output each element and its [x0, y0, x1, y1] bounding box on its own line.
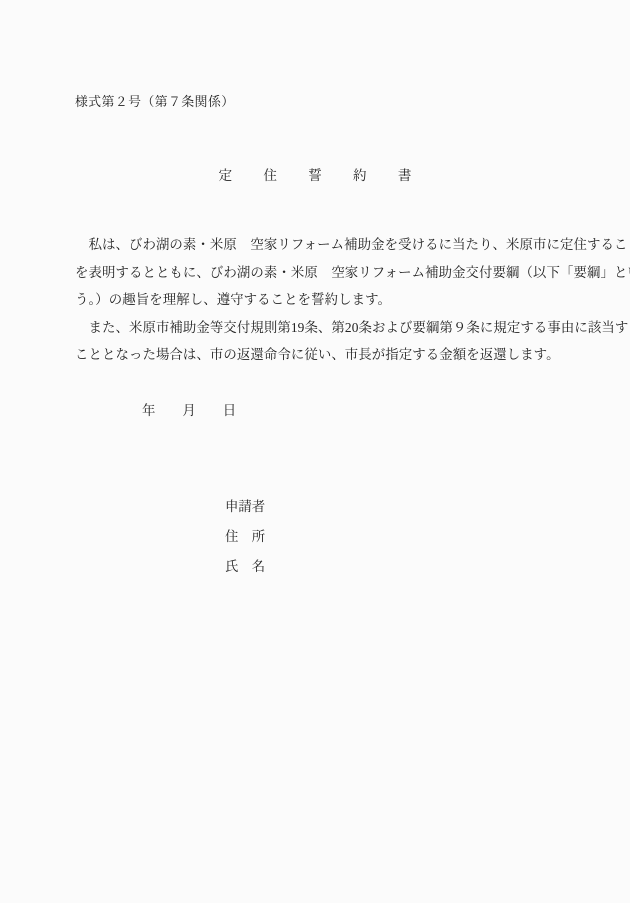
document-title: 定 住 誓 約 書	[0, 167, 630, 184]
month-label: 月	[182, 402, 195, 419]
document-page: 様式第２号（第７条関係） 定 住 誓 約 書 私は、びわ湖の素・米原 空家リフォ…	[0, 0, 630, 903]
body-line-1: 私は、びわ湖の素・米原 空家リフォーム補助金を受けるに当たり、米原市に定住するこ…	[75, 231, 559, 259]
applicant-label: 申請者	[225, 498, 265, 528]
year-label: 年	[142, 402, 155, 419]
body-text: 私は、びわ湖の素・米原 空家リフォーム補助金を受けるに当たり、米原市に定住するこ…	[75, 231, 559, 369]
day-label: 日	[223, 402, 236, 419]
body-line-5: こととなった場合は、市の返還命令に従い、市長が指定する金額を返還します。	[75, 341, 559, 369]
name-label: 氏 名	[225, 558, 265, 588]
date-line: 年 月 日	[142, 402, 236, 419]
body-line-3: う。）の趣旨を理解し、遵守することを誓約します。	[75, 286, 559, 314]
form-number: 様式第２号（第７条関係）	[75, 94, 235, 110]
body-line-2: を表明するとともに、びわ湖の素・米原 空家リフォーム補助金交付要綱（以下「要綱」…	[75, 259, 559, 287]
body-line-4: また、米原市補助金等交付規則第19条、第20条および要綱第９条に規定する事由に該…	[75, 314, 559, 342]
signature-block: 申請者 住 所 氏 名	[225, 498, 265, 588]
address-label: 住 所	[225, 528, 265, 558]
